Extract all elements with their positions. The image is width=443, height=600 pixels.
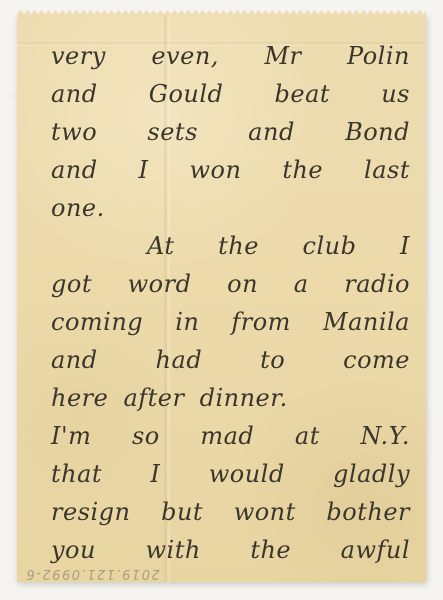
handwritten-line: At the club I — [51, 227, 410, 265]
handwritten-line: that I would gladly — [51, 455, 410, 493]
handwritten-line: and Gould beat us — [51, 75, 410, 113]
handwritten-line: here after dinner. — [51, 379, 410, 417]
handwritten-line: and had to come — [51, 341, 410, 379]
letter-paper: very even, Mr Polin and Gould beat us tw… — [17, 15, 426, 582]
handwritten-line: and I won the last — [51, 151, 410, 189]
handwritten-line: got word on a radio — [51, 265, 410, 303]
handwritten-line: you with the awful — [51, 531, 410, 569]
accession-number: 2019.121.0992-6 — [25, 566, 160, 581]
handwritten-line: very even, Mr Polin — [51, 37, 410, 75]
handwritten-line: coming in from Manila — [51, 303, 410, 341]
handwritten-letter-body: very even, Mr Polin and Gould beat us tw… — [51, 37, 410, 564]
handwritten-line: two sets and Bond — [51, 113, 410, 151]
perforated-top-edge — [17, 10, 426, 15]
handwritten-line: I'm so mad at N.Y. — [51, 417, 410, 455]
handwritten-line: resign but wont bother — [51, 493, 410, 531]
handwritten-line: one. — [51, 189, 410, 227]
